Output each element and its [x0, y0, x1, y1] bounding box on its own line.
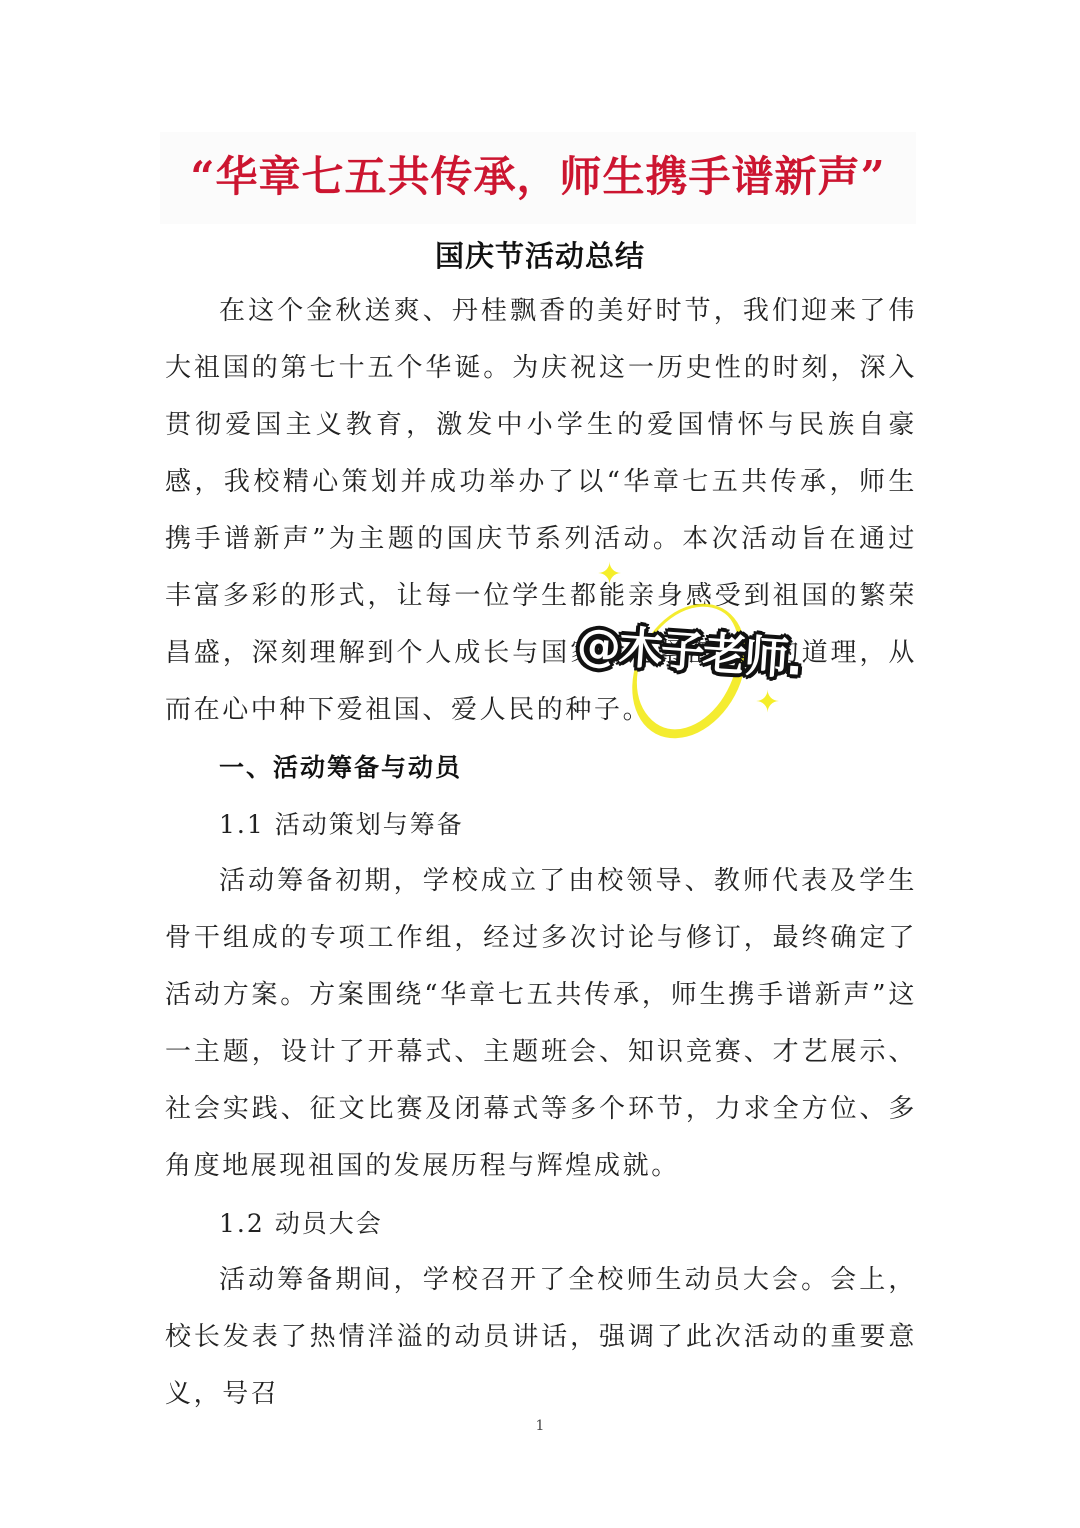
- subsection-heading: 1.2 动员大会: [165, 1195, 917, 1252]
- section-heading: 一、活动筹备与动员: [165, 739, 917, 796]
- intro-paragraph: 在这个金秋送爽、丹桂飘香的美好时节，我们迎来了伟大祖国的第七十五个华诞。为庆祝这…: [165, 283, 917, 739]
- page-number: 1: [0, 1418, 1080, 1434]
- document-page: “华章七五共传承，师生携手谱新声” 国庆节活动总结 在这个金秋送爽、丹桂飘香的美…: [0, 0, 1080, 1528]
- subsection-paragraph: 活动筹备期间，学校召开了全校师生动员大会。会上，校长发表了热情洋溢的动员讲话，强…: [165, 1252, 917, 1423]
- document-body: 在这个金秋送爽、丹桂飘香的美好时节，我们迎来了伟大祖国的第七十五个华诞。为庆祝这…: [165, 283, 917, 1423]
- document-subtitle: 国庆节活动总结: [0, 234, 1080, 275]
- title-banner: “华章七五共传承，师生携手谱新声”: [160, 132, 916, 224]
- subsection-paragraph: 活动筹备初期，学校成立了由校领导、教师代表及学生骨干组成的专项工作组，经过多次讨…: [165, 853, 917, 1195]
- main-title: “华章七五共传承，师生携手谱新声”: [190, 144, 885, 204]
- subsection-heading: 1.1 活动策划与筹备: [165, 796, 917, 853]
